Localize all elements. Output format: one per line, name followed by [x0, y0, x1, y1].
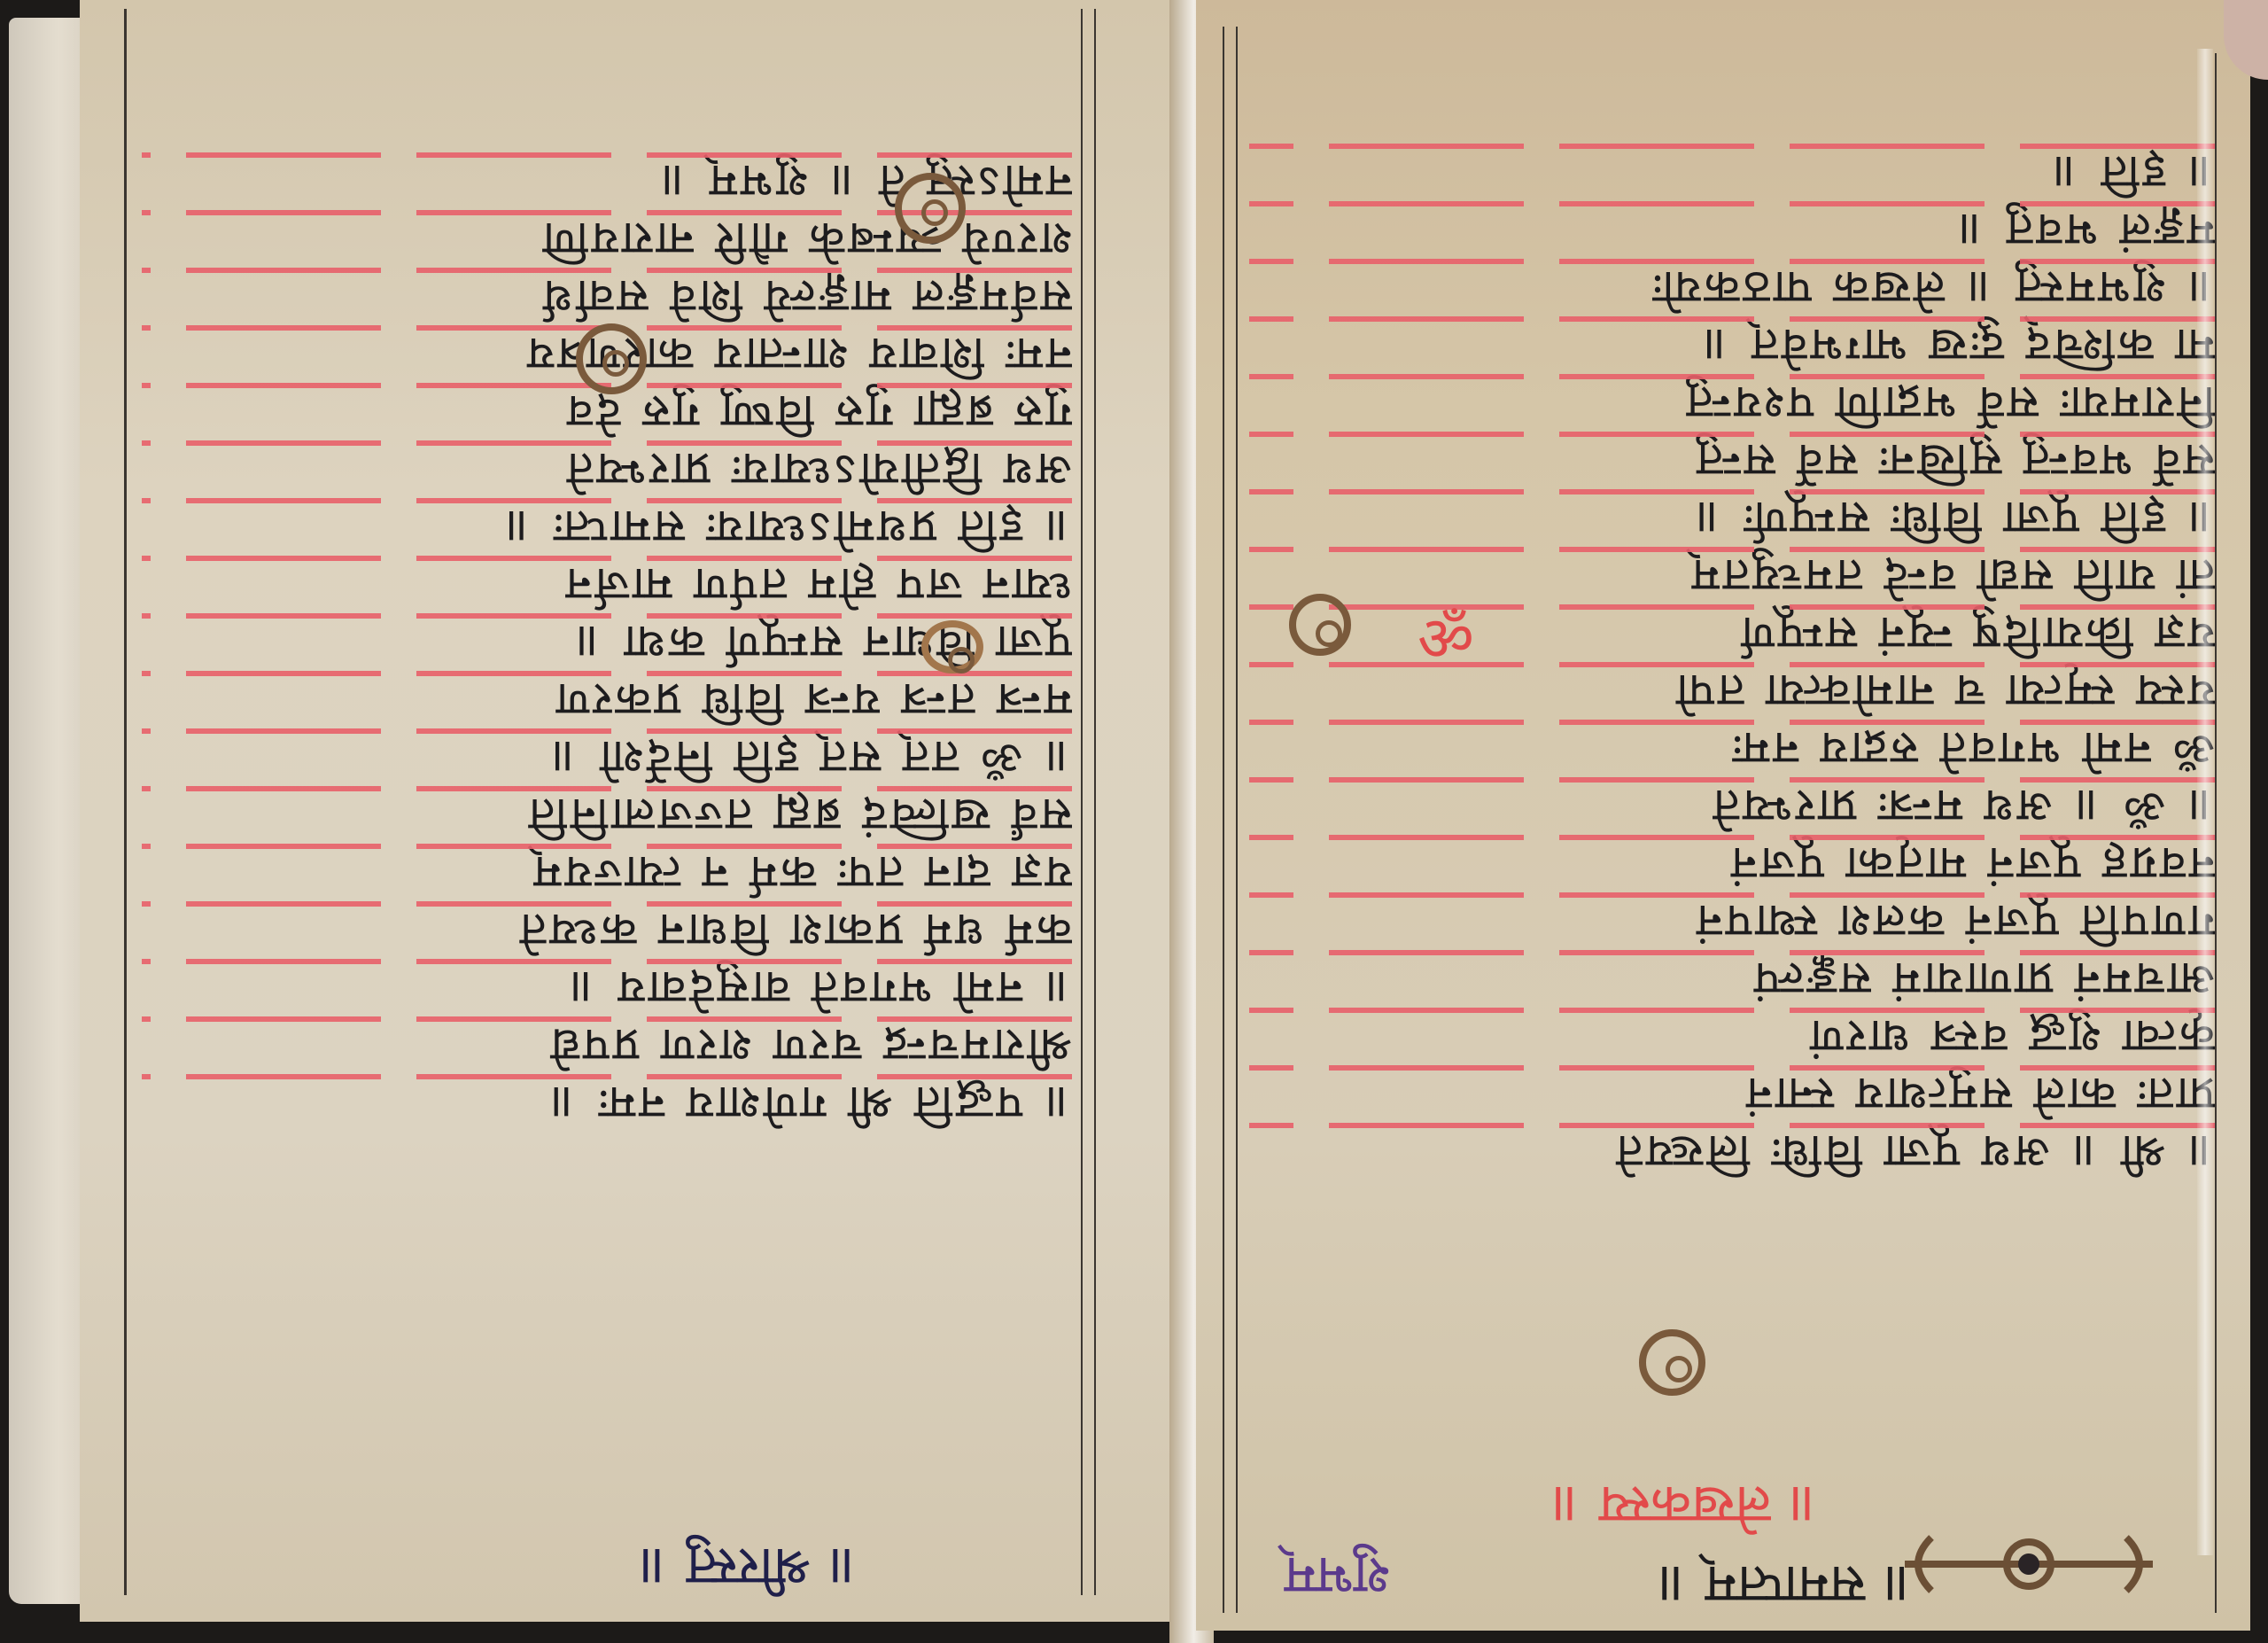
text-line: सर्वे भवन्तु सुखिनः सर्वे सन्तु: [1249, 430, 2215, 487]
text-line: ॐ नमो भगवते रुद्राय नमः: [1249, 718, 2215, 775]
right-page: ॥ श्री ॥ अथ पूजा विधिः लिख्यते प्रातः का…: [1196, 0, 2250, 1631]
plastic-sleeve-edge: [2197, 49, 2213, 1555]
red-annotation: ॥ लेखकस्य ॥: [1550, 1471, 1820, 1544]
text-line: ॥ श्री ॥ अथ पूजा विधिः लिख्यते: [1249, 1121, 2215, 1179]
text-line: ध्यान जप होम तर्पण मार्जन: [142, 554, 1072, 611]
text-line: ॥ इति ॥: [1249, 142, 2215, 199]
right-margin-rule: [1081, 9, 1083, 1595]
text-line: यस्य स्मृत्या च नामोक्त्या तपो: [1249, 660, 2215, 718]
right-footer-text: ॥ समाप्तम् ॥: [1657, 1551, 1915, 1624]
text-line: गणपति पूजनं कलश स्थापनं: [1249, 891, 2215, 948]
text-line: तां याति सद्यो वन्दे तमच्युतम्: [1249, 545, 2215, 603]
right-margin-rule: [2215, 53, 2217, 1613]
text-line: ॥ ॐ ॥ अथ मन्त्रः प्रारभ्यते: [1249, 775, 2215, 833]
text-line: यज्ञ दान तपः कर्म न त्याज्यम्: [142, 842, 1072, 899]
rosette-ornament-icon: [1289, 594, 1351, 656]
text-line: ॥ नमो भगवते वासुदेवाय ॥: [142, 957, 1072, 1015]
text-line: निरामयाः सर्वे भद्राणि पश्यन्तु: [1249, 372, 2215, 430]
text-line: सर्वं खल्विदं ब्रह्म तज्जलानिति: [142, 784, 1072, 842]
purple-annotation: शुभम्: [1285, 1542, 1390, 1615]
rosette-ornament-icon: [895, 173, 966, 244]
text-line: कृत्वा शुद्ध वस्त्र धारणं: [1249, 1006, 2215, 1063]
red-om-mark: ॐ: [1417, 594, 1474, 679]
text-line: अथ द्वितीयोऽध्यायः प्रारभ्यते: [142, 439, 1072, 496]
text-line: सर्वमङ्गल माङ्गल्ये शिवे सर्वार्थ: [142, 266, 1072, 323]
left-margin-rule: [1223, 27, 1224, 1613]
rosette-ornament-icon: [1639, 1329, 1705, 1396]
right-text-block: ॥ श्री ॥ अथ पूजा विधिः लिख्यते प्रातः का…: [1249, 142, 2215, 1179]
text-line: ॥ शुभमस्तु ॥ लेखक पाठकयोः: [1249, 257, 2215, 315]
text-line: मा कश्चिद् दुःख भाग्भवेत् ॥: [1249, 315, 2215, 372]
left-footer-text: ॥ श्रीरस्तु ॥: [638, 1533, 859, 1606]
manuscript-photo: ॥ पद्धति श्री गणेशाय नमः ॥ श्रीरामचन्द्र…: [0, 0, 2268, 1643]
text-line: ॥ इति प्रथमोऽध्यायः समाप्तः ॥: [142, 496, 1072, 554]
right-margin-rule-2: [1094, 9, 1096, 1595]
left-margin-rule-2: [1236, 27, 1238, 1613]
text-line: श्रीरामचन्द्र चरण शरण प्रपद्ये: [142, 1015, 1072, 1072]
text-line: नवग्रह पूजनं मातृका पूजनं: [1249, 833, 2215, 891]
scroll-ornament-icon: [1896, 1524, 2162, 1604]
text-line: मन्त्र तन्त्र यन्त्र विधि प्रकरण: [142, 669, 1072, 727]
text-line: कर्म धर्म प्रकाश विधान कथ्यते: [142, 899, 1072, 957]
text-line: प्रातः काले समुत्थाय स्नानं: [1249, 1063, 2215, 1121]
text-line: ॥ इति पूजा विधिः सम्पूर्णः ॥: [1249, 487, 2215, 545]
left-margin-rule: [124, 9, 127, 1595]
rosette-ornament-icon: [576, 323, 647, 394]
rosette-ornament-icon: [921, 620, 983, 674]
text-line: ॥ पद्धति श्री गणेशाय नमः ॥: [142, 1072, 1072, 1130]
left-page: ॥ पद्धति श्री गणेशाय नमः ॥ श्रीरामचन्द्र…: [80, 0, 1178, 1622]
text-line: ॥ ॐ तत् सत् इति निर्देशो ॥: [142, 727, 1072, 784]
text-line: यज्ञ क्रियादिषु न्यूनं सम्पूर्ण: [1249, 603, 2215, 660]
text-line: आचमनं प्राणायामं सङ्कल्पं: [1249, 948, 2215, 1006]
text-line: मङ्गलं भवतु ॥: [1249, 199, 2215, 257]
